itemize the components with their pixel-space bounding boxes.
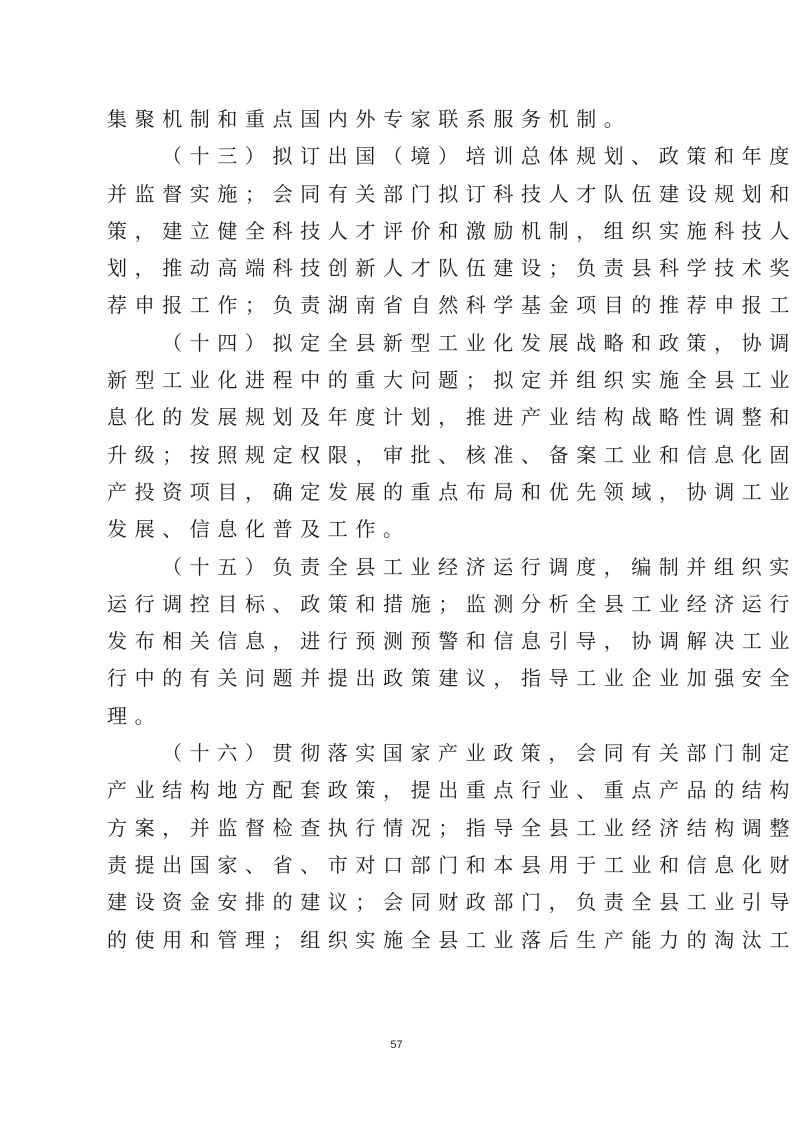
text-line: 划，推动高端科技创新人才队伍建设；负责县科学技术奖的推 [107,250,697,287]
text-line: 建设资金安排的建议；会同财政部门，负责全县工业引导资金 [107,884,697,921]
text-line: （十六）贯彻落实国家产业政策，会同有关部门制定优化 [107,735,697,772]
text-line: （十五）负责全县工业经济运行调度，编制并组织实施工业 [107,549,697,586]
paragraph-13: （十三）拟订出国（境）培训总体规划、政策和年度计划 并监督实施；会同有关部门拟订… [107,138,697,324]
text-line: 发展、信息化普及工作。 [107,511,697,548]
text-line: 发布相关信息，进行预测预警和信息引导，协调解决工业经济运 [107,623,697,660]
text-line: 新型工业化进程中的重大问题；拟定并组织实施全县工业和信 [107,362,697,399]
text-line: 运行调控目标、政策和措施；监测分析全县工业经济运行态势， [107,586,697,623]
text-line: 的使用和管理；组织实施全县工业落后生产能力的淘汰工作。 [107,922,697,959]
text-line: 息化的发展规划及年度计划，推进产业结构战略性调整和优化 [107,399,697,436]
paragraph-16: （十六）贯彻落实国家产业政策，会同有关部门制定优化 产业结构地方配套政策，提出重… [107,735,697,959]
paragraph-12-tail: 集聚机制和重点国内外专家联系服务机制。 [107,101,697,138]
page-number: 57 [0,1039,793,1051]
text-line: 产投资项目，确定发展的重点布局和优先领域，协调工业经济 [107,474,697,511]
text-line: 升级；按照规定权限，审批、核准、备案工业和信息化固定资 [107,437,697,474]
text-line: 产业结构地方配套政策，提出重点行业、重点产品的结构调整 [107,772,697,809]
paragraph-15: （十五）负责全县工业经济运行调度，编制并组织实施工业 运行调控目标、政策和措施；… [107,549,697,735]
document-body: 集聚机制和重点国内外专家联系服务机制。 （十三）拟订出国（境）培训总体规划、政策… [107,101,697,959]
text-line: 方案，并监督检查执行情况；指导全县工业经济结构调整；负 [107,810,697,847]
text-line: 行中的有关问题并提出政策建议，指导工业企业加强安全生产管 [107,660,697,697]
text-line: （十三）拟订出国（境）培训总体规划、政策和年度计划 [107,138,697,175]
text-line: 集聚机制和重点国内外专家联系服务机制。 [107,101,697,138]
paragraph-14: （十四）拟定全县新型工业化发展战略和政策，协调解决 新型工业化进程中的重大问题；… [107,325,697,549]
text-line: 理。 [107,698,697,735]
text-line: 荐申报工作；负责湖南省自然科学基金项目的推荐申报工作。 [107,287,697,324]
text-line: （十四）拟定全县新型工业化发展战略和政策，协调解决 [107,325,697,362]
text-line: 策，建立健全科技人才评价和激励机制，组织实施科技人才计 [107,213,697,250]
text-line: 责提出国家、省、市对口部门和本县用于工业和信息化财政性 [107,847,697,884]
text-line: 并监督实施；会同有关部门拟订科技人才队伍建设规划和政 [107,176,697,213]
